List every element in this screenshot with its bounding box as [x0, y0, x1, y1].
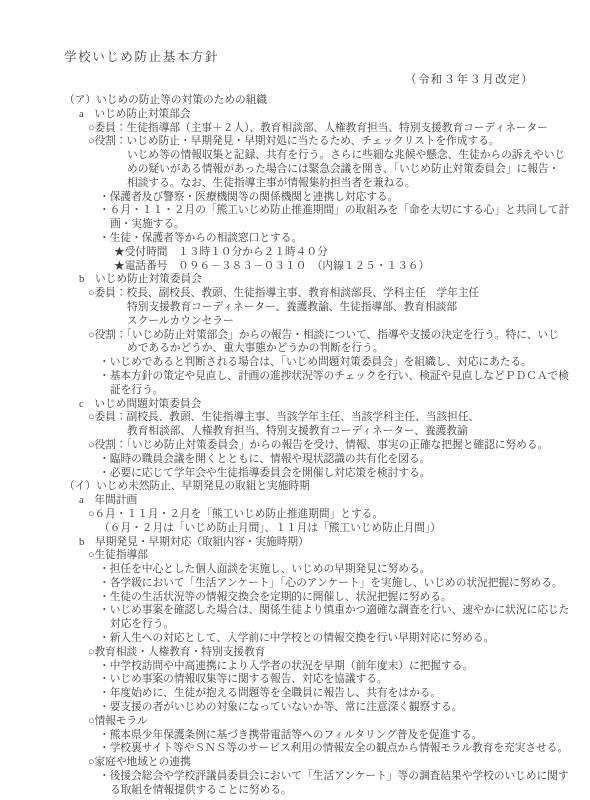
- text-line: ・生徒の生活状況等の情報交換会を定期的に開催し、状況把握に努める。: [0, 591, 590, 605]
- text-line: ○委員：校長、副校長、教頭、生徒指導主事、教育相談部長、学科主任 学年主任: [0, 287, 590, 301]
- text-line: ・基本方針の策定や見直し、計画の進捗状況等のチェックを行い、検証や見直しなどＰＤ…: [0, 370, 590, 384]
- text-line: ・いじめ事案を確認した場合は、関係生徒より慎重かつ適確な調査を行い、速やかに状況…: [0, 604, 590, 618]
- text-line: ・中学校訪問や中高連携により入学者の状況を早期（前年度末）に把握する。: [0, 660, 590, 674]
- text-line: ・必要に応じて学年会や生徒指導委員会を開催し対応策を検討する。: [0, 467, 590, 481]
- text-line: 相談する。なお、生徒指導主事が情報集約担当者を兼ねる。: [0, 177, 590, 191]
- text-line: ・学校裏サイト等やＳＮＳ等のサービス利用の情報安全の観点から情報モラル教育を充実…: [0, 742, 590, 756]
- text-line: ・臨時の職員会議を開くとともに、情報や現状認識の共有化を図る。: [0, 453, 590, 467]
- text-line: 対応を行う。: [0, 618, 590, 632]
- text-line: めの疑いがある情報があった場合には緊急会議を開き、「いじめ防止対策委員会」に報告…: [0, 163, 590, 177]
- text-line: ・生徒・保護者等からの相談窓口とする。: [0, 232, 590, 246]
- text-line: ○家庭や地域との連携: [0, 756, 590, 770]
- text-line: b 早期発見・早期対応（取組内容・実施時期）: [0, 536, 590, 550]
- text-line: めであるかどうか、重大事態かどうかの判断を行う。: [0, 342, 590, 356]
- text-line: ○役割：「いじめ防止対策部会」からの報告・相談について、指導や支援の決定を行う。…: [0, 329, 590, 343]
- text-line: ・各学級において「生活アンケート」「心のアンケート」を実施し、いじめの状況把握に…: [0, 577, 590, 591]
- text-line: ○生徒指導部: [0, 549, 590, 563]
- text-line: いじめ等の情報収集と記録、共有を行う。さらに些細な兆候や懸念、生徒からの訴えやい…: [0, 149, 590, 163]
- text-line: る取組を情報提供することに努める。: [0, 784, 590, 798]
- text-line: ★受付時間 １３時１０分から２１時４０分: [0, 246, 590, 260]
- text-line: 画・実施する。: [0, 218, 590, 232]
- text-line: ・年度始めに、生徒が抱える問題等を全職員に報告し、共有をはかる。: [0, 687, 590, 701]
- text-line: ★電話番号 ０９６－３８３－０３１０ （内線１２５・１３６）: [0, 260, 590, 274]
- text-line: 特別支援教育コーディネーター、養護教諭、生徒指導部、教育相談部: [0, 301, 590, 315]
- text-line: ・保護者及び警察・医療機関等の関係機関と連携し対応する。: [0, 191, 590, 205]
- text-line: ○委員：副校長、教頭、生徒指導主事、当該学年主任、当該学科主任、当該担任、: [0, 411, 590, 425]
- text-line: ○情報モラル: [0, 715, 590, 729]
- text-line: （イ）いじめ未然防止、早期発見の取組と実施時期: [0, 480, 590, 494]
- text-line: ・後援会総会や学校評議員委員会において「生活アンケート」等の調査結果や学校のいじ…: [0, 770, 590, 784]
- text-line: （ア）いじめの防止等の対策のための組織: [0, 94, 590, 108]
- text-line: スクールカウンセラー: [0, 315, 590, 329]
- revision-note: （令和３年３月改定）: [405, 71, 534, 87]
- text-line: ○役割：いじめ防止・早期発見・早期対処に当たるため、チェックリストを作成する。: [0, 135, 590, 149]
- text-line: 証を行う。: [0, 384, 590, 398]
- text-line: ・いじめ事案の情報収集等に関する報告、対応を協議する。: [0, 673, 590, 687]
- text-line: ○役割：「いじめ防止対策委員会」からの報告を受け、情報、事実の正確な把握と確認に…: [0, 439, 590, 453]
- document-page: 学校いじめ防止基本方針 （令和３年３月改定） （ア）いじめの防止等の対策のための…: [0, 0, 590, 800]
- text-line: ・新入生への対応として、入学前に中学校との情報交換を行い早期対応に努める。: [0, 632, 590, 646]
- text-line: （６月・２月は「いじめ防止月間」、１１月は「熊工いじめ防止月間」）: [0, 522, 590, 536]
- text-line: ・いじめであると判断される場合は、「いじめ問題対策委員会」を組織し、対応にあたる…: [0, 356, 590, 370]
- text-line: ○委員：生徒指導部（主事＋２人）、教育相談部、人権教育担当、特別支援教育コーディ…: [0, 122, 590, 136]
- text-line: 教育相談部、人権教育担当、特別支援教育コーディネーター、養護教諭: [0, 425, 590, 439]
- document-body: （ア）いじめの防止等の対策のための組織a いじめ防止対策部会○委員：生徒指導部（…: [0, 94, 590, 798]
- text-line: ・担任を中心とした個人面談を実施し、いじめの早期発見に努める。: [0, 563, 590, 577]
- text-line: ○６月・１１月・２月を「熊工いじめ防止推進期間」とする。: [0, 508, 590, 522]
- text-line: ・要支援の者がいじめの対象になっていないか等、常に注意深く観察する。: [0, 701, 590, 715]
- text-line: a 年間計画: [0, 494, 590, 508]
- text-line: a いじめ防止対策部会: [0, 108, 590, 122]
- text-line: ・熊本県少年保護条例に基づき携帯電話等へのフィルタリング普及を促進する。: [0, 729, 590, 743]
- text-line: c いじめ問題対策委員会: [0, 398, 590, 412]
- page-title: 学校いじめ防止基本方針: [64, 47, 219, 65]
- text-line: b いじめ防止対策委員会: [0, 273, 590, 287]
- text-line: ○教育相談・人権教育・特別支援教育: [0, 646, 590, 660]
- text-line: ・６月・１１・２月の「熊工いじめ防止推進期間」の取組みを「命を大切にする心」と共…: [0, 204, 590, 218]
